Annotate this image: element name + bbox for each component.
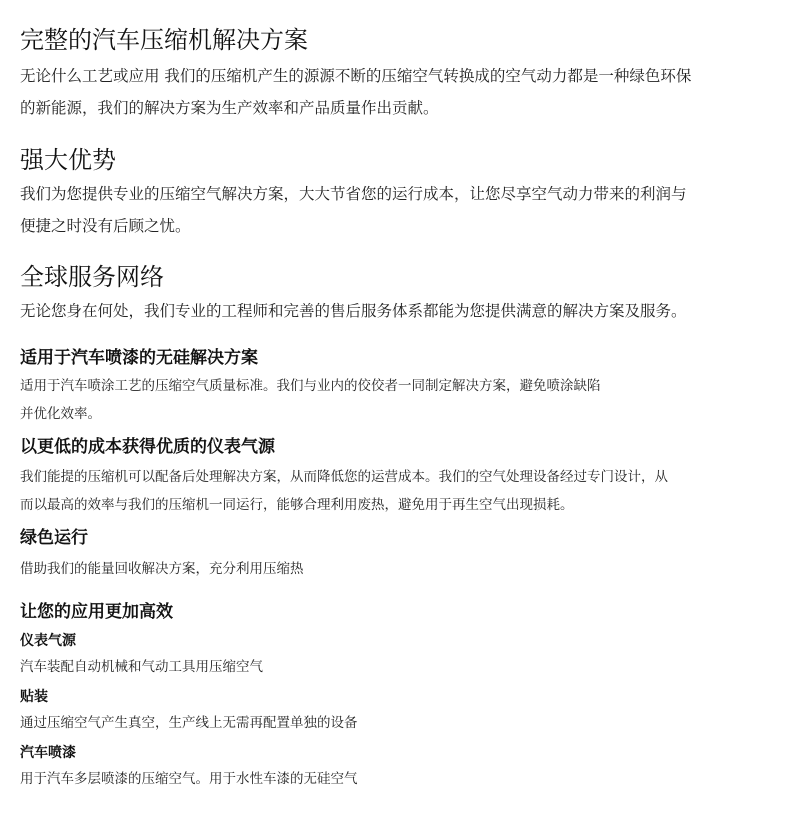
- body-line: 而以最高的效率与我们的压缩机一同运行，能够合理利用废热，避免用于再生空气出现损耗…: [20, 491, 790, 519]
- application-body-mounting: 通过压缩空气产生真空，生产线上无需再配置单独的设备: [20, 709, 790, 737]
- section-body-strong-advantage: 我们为您提供专业的压缩空气解决方案，大大节省您的运行成本，让您尽享空气动力带来的…: [20, 178, 790, 242]
- solution-body-green-operation: 借助我们的能量回收解决方案，充分利用压缩热: [20, 555, 790, 583]
- solution-title-green-operation: 绿色运行: [20, 523, 790, 548]
- solution-body-instrument-air: 我们能提的压缩机可以配备后处理解决方案，从而降低您的运营成本。我们的空气处理设备…: [20, 463, 790, 519]
- body-line: 便捷之时没有后顾之忧。: [20, 210, 790, 242]
- body-line: 无论什么工艺或应用 我们的压缩机产生的源源不断的压缩空气转换成的空气动力都是一种…: [20, 60, 790, 92]
- body-line: 借助我们的能量回收解决方案，充分利用压缩热: [20, 555, 790, 583]
- section-title-global-service: 全球服务网络: [20, 257, 790, 292]
- body-line: 我们能提的压缩机可以配备后处理解决方案，从而降低您的运营成本。我们的空气处理设备…: [20, 463, 790, 491]
- body-line: 无论您身在何处，我们专业的工程师和完善的售后服务体系都能为您提供满意的解决方案及…: [20, 295, 790, 327]
- section-title-complete-solution: 完整的汽车压缩机解决方案: [20, 20, 790, 55]
- application-body-car-painting: 用于汽车多层喷漆的压缩空气。用于水性车漆的无硅空气: [20, 765, 790, 793]
- section-body-complete-solution: 无论什么工艺或应用 我们的压缩机产生的源源不断的压缩空气转换成的空气动力都是一种…: [20, 60, 790, 124]
- solution-title-instrument-air: 以更低的成本获得优质的仪表气源: [20, 432, 790, 457]
- body-line: 我们为您提供专业的压缩空气解决方案，大大节省您的运行成本，让您尽享空气动力带来的…: [20, 178, 790, 210]
- section-title-strong-advantage: 强大优势: [20, 140, 790, 175]
- application-body-instrument-air: 汽车装配自动机械和气动工具用压缩空气: [20, 653, 790, 681]
- solution-body-silicone-free: 适用于汽车喷涂工艺的压缩空气质量标准。我们与业内的佼佼者一同制定解决方案，避免喷…: [20, 372, 790, 428]
- body-line: 的新能源，我们的解决方案为生产效率和产品质量作出贡献。: [20, 92, 790, 124]
- body-line: 适用于汽车喷涂工艺的压缩空气质量标准。我们与业内的佼佼者一同制定解决方案，避免喷…: [20, 372, 790, 400]
- application-title-mounting: 贴装: [20, 686, 790, 706]
- application-title-car-painting: 汽车喷漆: [20, 742, 790, 762]
- application-title-instrument-air: 仪表气源: [20, 630, 790, 650]
- body-line: 并优化效率。: [20, 400, 790, 428]
- applications-title: 让您的应用更加高效: [20, 597, 790, 622]
- solution-title-silicone-free: 适用于汽车喷漆的无硅解决方案: [20, 343, 790, 368]
- section-body-global-service: 无论您身在何处，我们专业的工程师和完善的售后服务体系都能为您提供满意的解决方案及…: [20, 295, 790, 327]
